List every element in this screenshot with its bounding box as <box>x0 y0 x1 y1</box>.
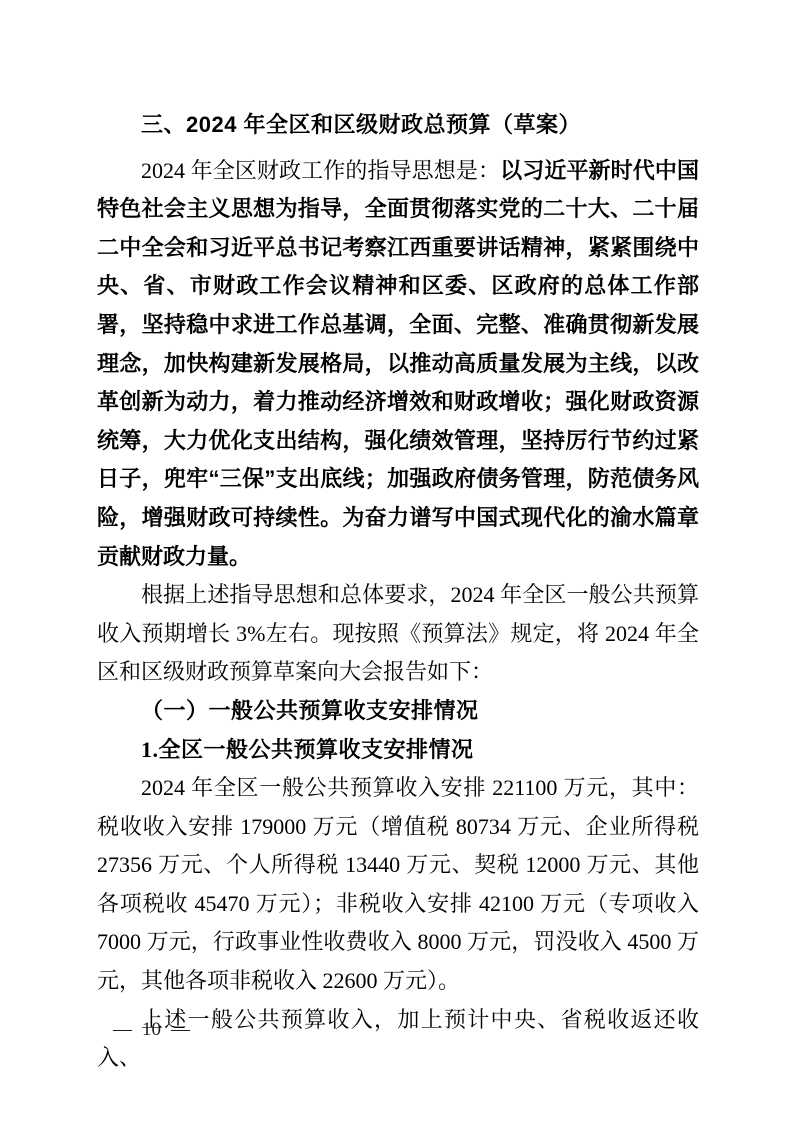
document-body: 三、2024 年全区和区级财政总预算（草案） 2024 年全区财政工作的指导思想… <box>97 106 699 1078</box>
paragraph-guiding-ideology: 2024 年全区财政工作的指导思想是：以习近平新时代中国特色社会主义思想为指导，… <box>97 152 699 577</box>
footer-right-dash: — <box>171 1019 190 1041</box>
heading-district-budget-arrangement: 1.全区一般公共预算收支安排情况 <box>97 731 699 770</box>
section-title: 三、2024 年全区和区级财政总预算（草案） <box>97 106 699 145</box>
page-number: 10 <box>142 1019 161 1041</box>
paragraph-budget-overview: 根据上述指导思想和总体要求，2024 年全区一般公共预算收入预期增长 3%左右。… <box>97 576 699 692</box>
page-footer: — 10 — <box>113 1019 190 1041</box>
heading-general-public-budget: （一）一般公共预算收支安排情况 <box>97 692 699 731</box>
footer-left-dash: — <box>113 1019 132 1041</box>
guiding-ideology-emphasized-text: 以习近平新时代中国特色社会主义思想为指导，全面贯彻落实党的二十大、二十届二中全会… <box>97 158 699 569</box>
guiding-ideology-lead: 2024 年全区财政工作的指导思想是： <box>141 158 500 183</box>
document-page: 三、2024 年全区和区级财政总预算（草案） 2024 年全区财政工作的指导思想… <box>0 0 793 1122</box>
paragraph-revenue-detail: 2024 年全区一般公共预算收入安排 221100 万元，其中：税收收入安排 1… <box>97 769 699 1001</box>
